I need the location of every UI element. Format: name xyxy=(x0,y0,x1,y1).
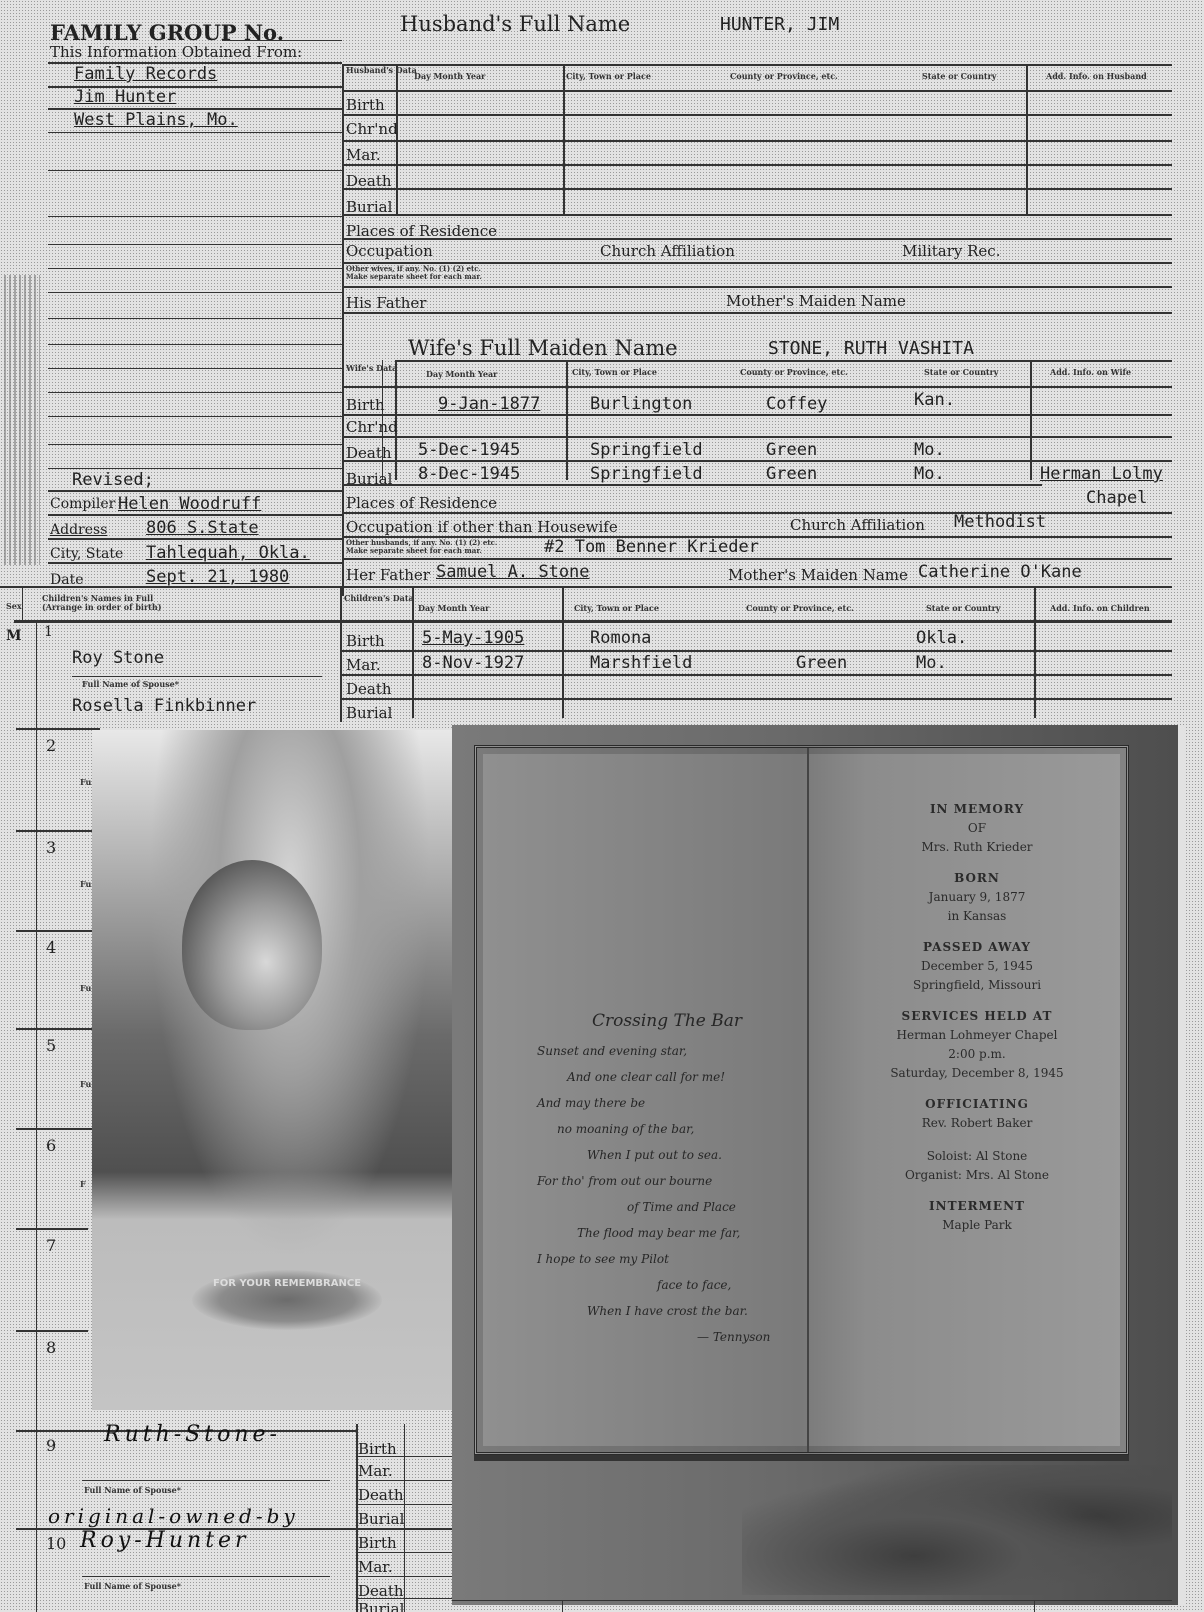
his-father-label: His Father xyxy=(346,294,426,312)
child1-name: Roy Stone xyxy=(72,648,164,668)
wife-death-state: Mo. xyxy=(914,440,945,460)
memorial-text: IN MEMORY OF Mrs. Ruth Krieder BORN Janu… xyxy=(837,788,1117,1235)
child1-mar-date: 8-Nov-1927 xyxy=(422,653,524,673)
husband-row-birth: Birth xyxy=(346,96,385,114)
child9-row-burial: Burial xyxy=(358,1510,404,1528)
info-line-2: Jim Hunter xyxy=(74,87,176,107)
poem-line: The flood may bear me far, xyxy=(537,1220,797,1246)
children-col-county: County or Province, etc. xyxy=(746,604,854,613)
children-col-info: Add. Info. on Children xyxy=(1050,604,1150,613)
wife-col-county: County or Province, etc. xyxy=(740,368,848,377)
child9-row-married: Mar. xyxy=(358,1462,393,1480)
poem-line: When I put out to sea. xyxy=(537,1142,797,1168)
address-label: Address xyxy=(50,522,107,538)
soloist: Soloist: Al Stone xyxy=(837,1147,1117,1166)
child1-birth-date: 5-May-1905 xyxy=(422,628,524,648)
child9-spouse-handwritten: original-owned-by xyxy=(48,1504,299,1528)
portrait-face xyxy=(182,860,322,1030)
poem-line: Sunset and evening star, xyxy=(537,1038,797,1064)
his-mother-label: Mother's Maiden Name xyxy=(726,292,906,310)
wife-col-place: City, Town or Place xyxy=(572,368,657,377)
husband-row-christened: Chr'nd xyxy=(346,120,398,138)
her-mother-value: Catherine O'Kane xyxy=(918,562,1082,582)
born-place: in Kansas xyxy=(837,907,1117,926)
husband-col-date: Day Month Year xyxy=(414,72,485,81)
poem-title: Crossing The Bar xyxy=(537,1008,797,1034)
her-father-label: Her Father xyxy=(346,566,430,584)
wife-col-info: Add. Info. on Wife xyxy=(1050,368,1131,377)
services-heading: SERVICES HELD AT xyxy=(837,1007,1117,1026)
other-husbands-label-2: Make separate sheet for each mar. xyxy=(346,547,482,555)
family-group-sheet: FAMILY GROUP No. Husband's Full Name HUN… xyxy=(0,0,1204,1612)
husband-col-state: State or Country xyxy=(922,72,996,81)
children-col-state: State or Country xyxy=(926,604,1000,613)
child10-spouse-label: Full Name of Spouse* xyxy=(84,1582,181,1591)
child5-spouse-label: Fu xyxy=(80,1080,91,1089)
portrait-photo: FOR YOUR REMEMBRANCE xyxy=(92,730,452,1410)
husband-occupation-label: Occupation xyxy=(346,242,433,260)
revised-label: Revised; xyxy=(72,470,154,490)
info-obtained-label: This Information Obtained From: xyxy=(50,43,302,61)
wife-name: STONE, RUTH VASHITA xyxy=(768,338,974,359)
child1-mar-county: Green xyxy=(796,653,847,673)
passed-away-heading: PASSED AWAY xyxy=(837,938,1117,957)
photo-caption: FOR YOUR REMEMBRANCE xyxy=(202,1278,372,1290)
child1-row-death: Death xyxy=(346,680,392,698)
child1-spouse-label: Full Name of Spouse* xyxy=(82,680,179,689)
children-sex-label: Sex xyxy=(6,602,22,611)
compiler-label: Compiler xyxy=(50,496,115,512)
deceased-name: Mrs. Ruth Krieder xyxy=(837,838,1117,857)
other-wives-label-2: Make separate sheet for each mar. xyxy=(346,273,482,281)
poem-line: And one clear call for me! xyxy=(537,1064,797,1090)
child-number-10: 10 xyxy=(46,1534,66,1553)
city-state-value: Tahlequah, Okla. xyxy=(146,543,310,563)
compiler-value: Helen Woodruff xyxy=(118,494,261,514)
flowers-illustration xyxy=(742,1465,1172,1595)
child9-spouse-label: Full Name of Spouse* xyxy=(84,1486,181,1495)
child-number-9: 9 xyxy=(46,1436,56,1455)
copyright-strip xyxy=(4,275,40,565)
services-place: Herman Lohmeyer Chapel xyxy=(837,1026,1117,1045)
poem-author: — Tennyson xyxy=(537,1324,797,1350)
address-value: 806 S.State xyxy=(146,518,259,538)
wife-name-label: Wife's Full Maiden Name xyxy=(408,336,678,360)
child-number-5: 5 xyxy=(46,1036,56,1055)
interment-heading: INTERMENT xyxy=(837,1197,1117,1216)
child-number-2: 2 xyxy=(46,736,56,755)
child-number-6: 6 xyxy=(46,1136,56,1155)
child1-number: 1 xyxy=(44,624,53,640)
wife-birth-place: Burlington xyxy=(590,394,692,414)
husband-name: HUNTER, JIM xyxy=(720,14,839,35)
husband-name-label: Husband's Full Name xyxy=(400,12,630,36)
wife-burial-place: Springfield xyxy=(590,464,703,484)
husband-col-info: Add. Info. on Husband xyxy=(1046,72,1147,81)
memorial-book-illustration: Crossing The Bar Sunset and evening star… xyxy=(474,745,1129,1455)
husband-col-county: County or Province, etc. xyxy=(730,72,838,81)
child-number-8: 8 xyxy=(46,1338,56,1357)
husband-data-label: Husband's Data xyxy=(346,66,417,75)
child1-spouse: Rosella Finkbinner xyxy=(72,696,256,716)
wife-birth-date: 9-Jan-1877 xyxy=(438,394,540,414)
children-col-date: Day Month Year xyxy=(418,604,489,613)
wife-col-date: Day Month Year xyxy=(426,370,497,379)
services-date: Saturday, December 8, 1945 xyxy=(837,1064,1117,1083)
wife-death-county: Green xyxy=(766,440,817,460)
child10-row-birth: Birth xyxy=(358,1534,397,1552)
book-spine xyxy=(807,748,809,1452)
group-number-field[interactable] xyxy=(222,40,342,41)
born-heading: BORN xyxy=(837,869,1117,888)
wife-burial-state: Mo. xyxy=(914,464,945,484)
wife-death-date: 5-Dec-1945 xyxy=(418,440,520,460)
child1-row-burial: Burial xyxy=(346,704,392,722)
poem-crossing-the-bar: Crossing The Bar Sunset and evening star… xyxy=(537,1008,797,1350)
child1-mar-state: Mo. xyxy=(916,653,947,673)
wife-burial-county: Green xyxy=(766,464,817,484)
wife-row-christened: Chr'nd xyxy=(346,418,398,436)
child-number-7: 7 xyxy=(46,1236,56,1255)
wife-church-value: Methodist xyxy=(954,512,1046,532)
child-number-3: 3 xyxy=(46,838,56,857)
poem-line: And may there be xyxy=(537,1090,797,1116)
her-mother-label: Mother's Maiden Name xyxy=(728,566,908,584)
child9-handwritten-name: Ruth-Stone- xyxy=(104,1422,281,1447)
child4-spouse-label: Fu xyxy=(80,984,91,993)
interment-place: Maple Park xyxy=(837,1216,1117,1235)
husband-military-label: Military Rec. xyxy=(902,242,1000,260)
passed-date: December 5, 1945 xyxy=(837,957,1117,976)
child-number-4: 4 xyxy=(46,938,56,957)
child9-row-death: Death xyxy=(358,1486,404,1504)
children-col-place: City, Town or Place xyxy=(574,604,659,613)
passed-place: Springfield, Missouri xyxy=(837,976,1117,995)
child1-sex: M xyxy=(6,628,22,644)
poem-line: For tho' from out our bourne xyxy=(537,1168,797,1194)
child10-handwritten-name: Roy-Hunter xyxy=(80,1528,250,1553)
children-data-label: Children's Data xyxy=(344,594,414,603)
child1-mar-place: Marshfield xyxy=(590,653,692,673)
child6-spouse-label: F xyxy=(80,1180,86,1189)
poem-line: I hope to see my Pilot xyxy=(537,1246,797,1272)
husband-row-married: Mar. xyxy=(346,146,381,164)
wife-occupation-label: Occupation if other than Housewife xyxy=(346,518,618,536)
wife-burial-date: 8-Dec-1945 xyxy=(418,464,520,484)
other-husbands-value: #2 Tom Benner Krieder xyxy=(544,537,759,557)
services-time: 2:00 p.m. xyxy=(837,1045,1117,1064)
child10-row-married: Mar. xyxy=(358,1558,393,1576)
child1-birth-state: Okla. xyxy=(916,628,967,648)
husband-col-place: City, Town or Place xyxy=(566,72,651,81)
wife-death-place: Springfield xyxy=(590,440,703,460)
wife-col-state: State or Country xyxy=(924,368,998,377)
in-memory-heading: IN MEMORY xyxy=(837,800,1117,819)
child1-row-married: Mar. xyxy=(346,656,381,674)
wife-birth-state: Kan. xyxy=(914,390,955,410)
wife-burial-info: Herman Lolmy xyxy=(1040,464,1163,484)
memorial-card: Crossing The Bar Sunset and evening star… xyxy=(452,725,1184,1605)
children-names-label-2: (Arrange in order of birth) xyxy=(42,603,161,612)
info-line-1: Family Records xyxy=(74,64,217,84)
wife-data-label: Wife's Data xyxy=(346,364,397,373)
wife-residence-label: Places of Residence xyxy=(346,494,497,512)
poem-line: no moaning of the bar, xyxy=(537,1116,797,1142)
her-father-value: Samuel A. Stone xyxy=(436,562,590,582)
child10-row-burial: Burial xyxy=(358,1600,404,1612)
wife-burial-info-2: Chapel xyxy=(1086,488,1147,508)
wife-row-birth: Birth xyxy=(346,396,385,414)
officiating-heading: OFFICIATING xyxy=(837,1095,1117,1114)
child1-birth-place: Romona xyxy=(590,628,651,648)
officiating-name: Rev. Robert Baker xyxy=(837,1114,1117,1133)
poem-line: face to face, xyxy=(537,1272,797,1298)
form-title: FAMILY GROUP No. xyxy=(50,20,284,45)
child3-spouse-label: Fu xyxy=(80,880,91,889)
organist: Organist: Mrs. Al Stone xyxy=(837,1166,1117,1185)
born-date: January 9, 1877 xyxy=(837,888,1117,907)
city-state-label: City, State xyxy=(50,546,123,562)
info-line-3: West Plains, Mo. xyxy=(74,110,238,130)
wife-birth-county: Coffey xyxy=(766,394,827,414)
husband-church-label: Church Affiliation xyxy=(600,242,735,260)
poem-line: When I have crost the bar. xyxy=(537,1298,797,1324)
date-value: Sept. 21, 1980 xyxy=(146,567,289,587)
memorial-of: OF xyxy=(837,819,1117,838)
child1-row-birth: Birth xyxy=(346,632,385,650)
wife-church-label: Church Affiliation xyxy=(790,516,925,534)
poem-line: of Time and Place xyxy=(537,1194,797,1220)
